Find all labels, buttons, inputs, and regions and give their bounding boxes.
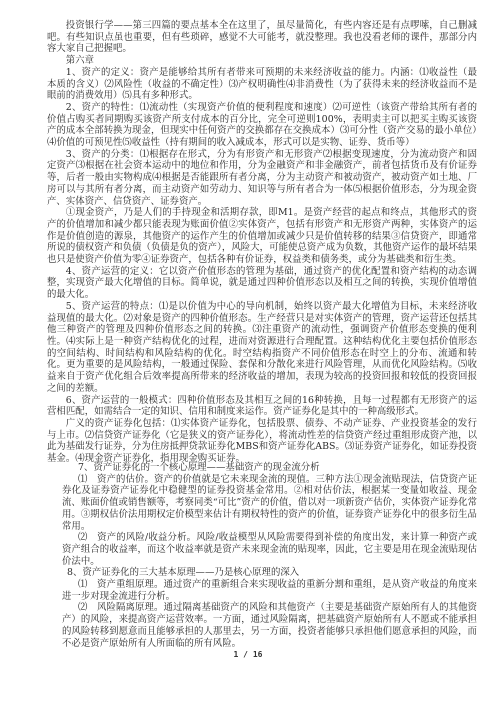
- section-8-item-1: ⑴ 资产重组原理。通过资产的重新组合来实现收益的重新分割和重组，是从资产收益的角…: [62, 579, 477, 602]
- section-7-item-2: ⑵ 资产的风险/收益分析。风险/收益模型从风险需要得到补偿的角度出发，来计算一种…: [62, 532, 477, 567]
- section-8-heading: 8、资产证券化的三大基本原理——乃是核心原理的深入: [62, 567, 477, 579]
- document-page: 投资银行学——第三四篇的要点基本全在这里了，虽尽量简化，有些内容还是有点啰嗦，自…: [0, 0, 496, 702]
- paragraph-securitization-broad: 广义的资产证券化包括：⑴实体资产证券化，包括股票、债券、不动产证券、产业投资基金…: [47, 418, 477, 465]
- paragraph-asset-characteristics: 2、资产的特性：⑴流动性（实现资产价值的便利程度和速度）⑵可逆性（该资产带给其所…: [47, 102, 477, 149]
- chapter-title: 第六章: [47, 55, 477, 67]
- section-7-heading: 7、资产证券化的一个核心原理——基础资产的现金流分析: [62, 462, 477, 474]
- paragraph-asset-operation-definition: 4、资产运营的定义：它以资产价值形态的管理为基础，通过资产的优化配置和资产结构的…: [47, 266, 477, 301]
- document-body-sections-7-8: 7、资产证券化的一个核心原理——基础资产的现金流分析 ⑴ 资产的估价。资产的价值…: [62, 462, 477, 649]
- section-8-item-2: ⑵ 风险隔离原理。通过隔离基础资产的风险和其他资产（主要是基础资产原始所有人的其…: [62, 602, 477, 649]
- intro-paragraph: 投资银行学——第三四篇的要点基本全在这里了，虽尽量简化，有些内容还是有点啰嗦，自…: [47, 20, 477, 55]
- paragraph-asset-operation-features: 5、资产运营的特点：⑴是以价值为中心的导向机制，始终以资产最大化增值为目标，未来…: [47, 301, 477, 395]
- paragraph-asset-value-forms: ①现金资产，乃是人们的手持现金和活期存款，即M1。是资产经营的起点和终点，其他形…: [47, 207, 477, 266]
- paragraph-asset-definition: 1、资产的定义：资产是能够给其所有者带来可预期的未来经济收益的能力。内涵：⑴收益…: [47, 67, 477, 102]
- paragraph-asset-operation-mode: 6、资产运营的一般模式：四种价值形态及其相互之间的16种转换，且每一过程都有无形…: [47, 395, 477, 418]
- page-indicator: 1 / 16: [0, 650, 496, 659]
- document-body: 投资银行学——第三四篇的要点基本全在这里了，虽尽量简化，有些内容还是有点啰嗦，自…: [47, 20, 477, 465]
- section-7-item-1: ⑴ 资产的估价。资产的价值就是它未来现金流的现值。三种方法①现金流贴现法，信贷资…: [62, 474, 477, 533]
- paragraph-asset-classification: 3、资产的分类：⑴根据存在形式，分为有形资产和无形资产⑵根据变现速度，分为流动资…: [47, 149, 477, 208]
